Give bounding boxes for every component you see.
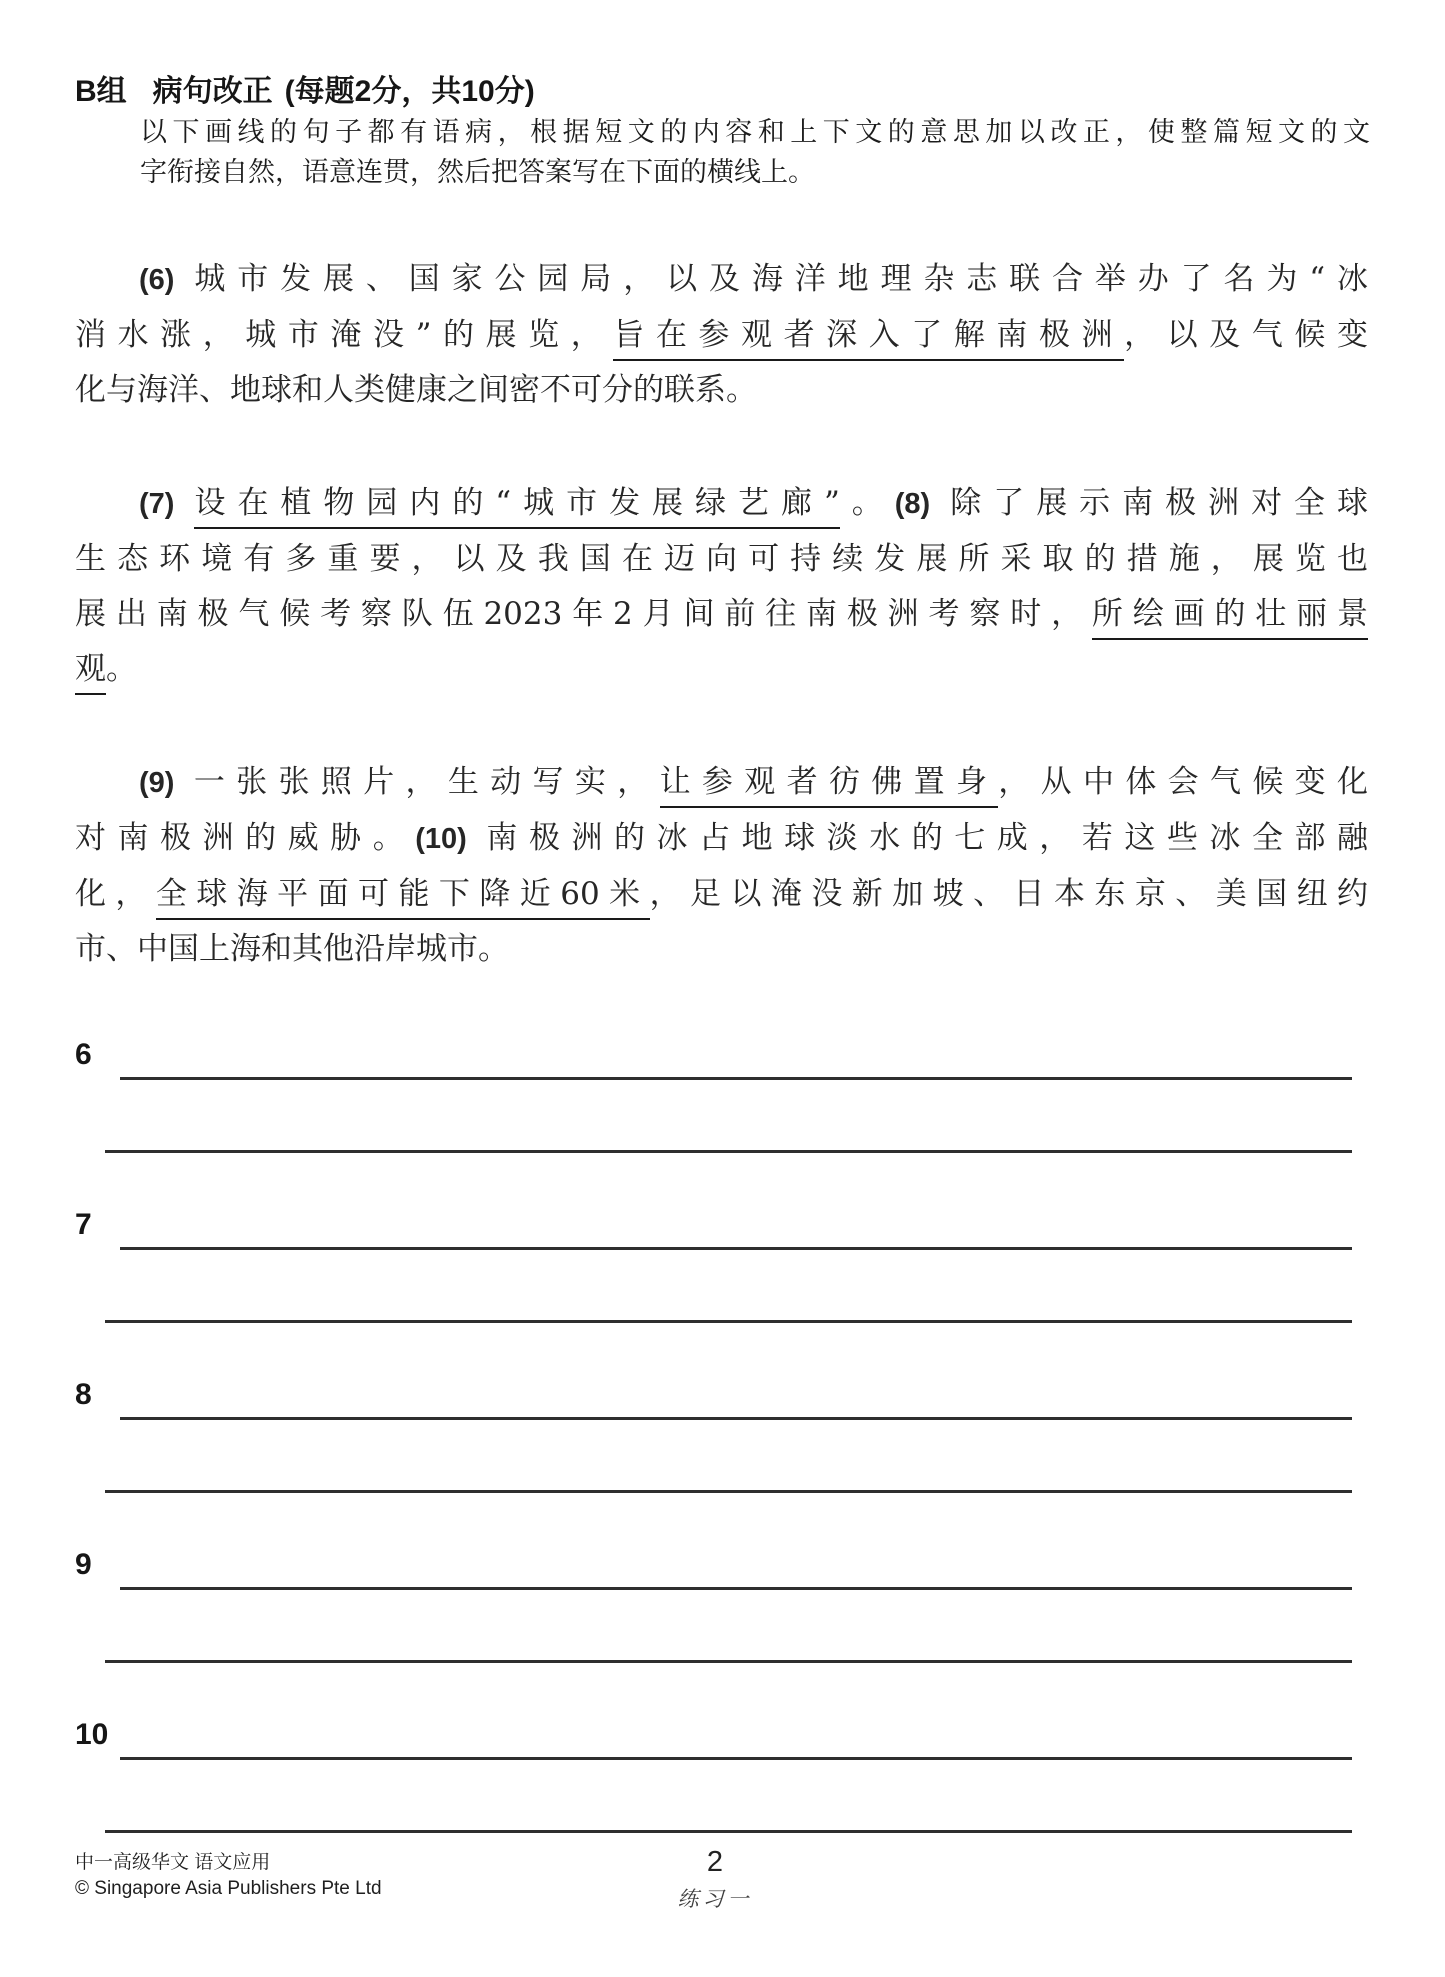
underlined-segment: 让参观者彷佛置身 (660, 764, 999, 808)
answer-blank-line[interactable] (105, 1490, 1352, 1493)
item-number-label: (8) (895, 488, 950, 520)
section-group-label: B组 (75, 75, 127, 108)
answer-number: 10 (75, 1718, 108, 1752)
page-number: 2 (590, 1846, 840, 1879)
text-segment: 消水涨，城市淹没”的展览， (75, 317, 613, 353)
answer-item: 10 (75, 1718, 1368, 1838)
instruction-line: 字衔接自然，语意连贯，然后把答案写在下面的横线上。 (140, 152, 1370, 192)
text-segment: 展出南极气候考察队伍2023年2月间前往南极洲考察时， (75, 596, 1092, 632)
passage-line: (6) 城市发展、国家公园局，以及海洋地理杂志联合举办了名为“冰 (75, 252, 1368, 308)
item-number-label: (9) (139, 767, 194, 799)
answer-item: 7 (75, 1208, 1368, 1328)
paragraph: (9) 一张张照片，生动写实，让参观者彷佛置身，从中体会气候变化对南极洲的威胁。… (75, 755, 1368, 977)
worksheet-page: B组病句改正(每题2分，共10分) 以下画线的句子都有语病，根据短文的内容和上下… (0, 0, 1445, 1977)
answer-item: 6 (75, 1038, 1368, 1158)
footer-copyright: © Singapore Asia Publishers Pte Ltd (75, 1876, 382, 1902)
text-segment: ，足以淹没新加坡、日本东京、美国纽约 (650, 876, 1368, 912)
answer-blank-line[interactable] (120, 1247, 1352, 1250)
answer-blank-line[interactable] (105, 1150, 1352, 1153)
text-segment: 生态环境有多重要，以及我国在迈向可持续发展所采取的措施，展览也 (75, 541, 1368, 577)
underlined-segment: 全球海平面可能下降近60米 (156, 876, 650, 920)
passage-line: 市、中国上海和其他沿岸城市。 (75, 922, 1368, 977)
text-segment: 对南极洲的威胁。 (75, 820, 415, 856)
paragraph: (6) 城市发展、国家公园局，以及海洋地理杂志联合举办了名为“冰消水涨，城市淹没… (75, 252, 1368, 418)
item-number-label: (6) (139, 264, 194, 296)
passage-line: 消水涨，城市淹没”的展览，旨在参观者深入了解南极洲，以及气候变 (75, 308, 1368, 363)
answer-number: 7 (75, 1208, 92, 1242)
text-segment: 。 (106, 651, 137, 687)
text-segment: ，以及气候变 (1124, 317, 1368, 353)
passage-line: 对南极洲的威胁。(10) 南极洲的冰占地球淡水的七成，若这些冰全部融 (75, 811, 1368, 867)
answer-blank-line[interactable] (120, 1077, 1352, 1080)
passage-line: (7) 设在植物园内的“城市发展绿艺廊”。(8) 除了展示南极洲对全球 (75, 476, 1368, 532)
text-segment: 化， (75, 876, 156, 912)
footer-center: 2 练习一 (590, 1846, 840, 1913)
passage-line: 生态环境有多重要，以及我国在迈向可持续发展所采取的措施，展览也 (75, 532, 1368, 587)
answer-number: 9 (75, 1548, 92, 1582)
underlined-segment: 旨在参观者深入了解南极洲 (613, 317, 1124, 361)
exercise-label: 练习一 (590, 1883, 840, 1913)
passage-line: 化，全球海平面可能下降近60米，足以淹没新加坡、日本东京、美国纽约 (75, 867, 1368, 922)
instruction-line: 以下画线的句子都有语病，根据短文的内容和上下文的意思加以改正，使整篇短文的文 (140, 112, 1370, 152)
text-segment: 一张张照片，生动写实， (194, 764, 660, 800)
text-segment: 。 (840, 485, 895, 521)
paragraph: (7) 设在植物园内的“城市发展绿艺廊”。(8) 除了展示南极洲对全球生态环境有… (75, 476, 1368, 697)
answer-number: 8 (75, 1378, 92, 1412)
section-title: 病句改正 (153, 75, 273, 108)
answer-blank-line[interactable] (120, 1417, 1352, 1420)
underlined-segment: 设在植物园内的“城市发展绿艺廊” (194, 485, 839, 529)
passage-line: 观。 (75, 642, 1368, 697)
answer-blank-line[interactable] (105, 1320, 1352, 1323)
answer-number: 6 (75, 1038, 92, 1072)
text-segment: 市、中国上海和其他沿岸城市。 (75, 931, 509, 967)
answer-blank-line[interactable] (120, 1587, 1352, 1590)
passage: (6) 城市发展、国家公园局，以及海洋地理杂志联合举办了名为“冰消水涨，城市淹没… (75, 252, 1368, 977)
answer-item: 9 (75, 1548, 1368, 1668)
footer-series-title: 中一高级华文 语文应用 (75, 1850, 382, 1876)
item-number-label: (10) (415, 823, 486, 855)
item-number-label: (7) (139, 488, 194, 520)
answer-blank-line[interactable] (105, 1830, 1352, 1833)
underlined-segment: 所绘画的壮丽景 (1092, 596, 1368, 640)
text-segment: ，从中体会气候变化 (998, 764, 1368, 800)
text-segment: 除了展示南极洲对全球 (950, 485, 1368, 521)
footer-left: 中一高级华文 语文应用 © Singapore Asia Publishers … (75, 1850, 382, 1902)
text-segment: 化与海洋、地球和人类健康之间密不可分的联系。 (75, 372, 757, 408)
answer-item: 8 (75, 1378, 1368, 1498)
answer-blank-line[interactable] (120, 1757, 1352, 1760)
passage-line: 展出南极气候考察队伍2023年2月间前往南极洲考察时，所绘画的壮丽景 (75, 587, 1368, 642)
passage-line: (9) 一张张照片，生动写实，让参观者彷佛置身，从中体会气候变化 (75, 755, 1368, 811)
passage-line: 化与海洋、地球和人类健康之间密不可分的联系。 (75, 363, 1368, 418)
answer-blank-line[interactable] (105, 1660, 1352, 1663)
underlined-segment: 观 (75, 651, 106, 695)
text-segment: 城市发展、国家公园局，以及海洋地理杂志联合举办了名为“冰 (194, 261, 1368, 297)
section-marks-note: (每题2分，共10分) (285, 75, 535, 108)
text-segment: 南极洲的冰占地球淡水的七成，若这些冰全部融 (486, 820, 1368, 856)
instructions: 以下画线的句子都有语病，根据短文的内容和上下文的意思加以改正，使整篇短文的文 字… (140, 112, 1370, 192)
section-header: B组病句改正(每题2分，共10分) (75, 66, 1370, 110)
